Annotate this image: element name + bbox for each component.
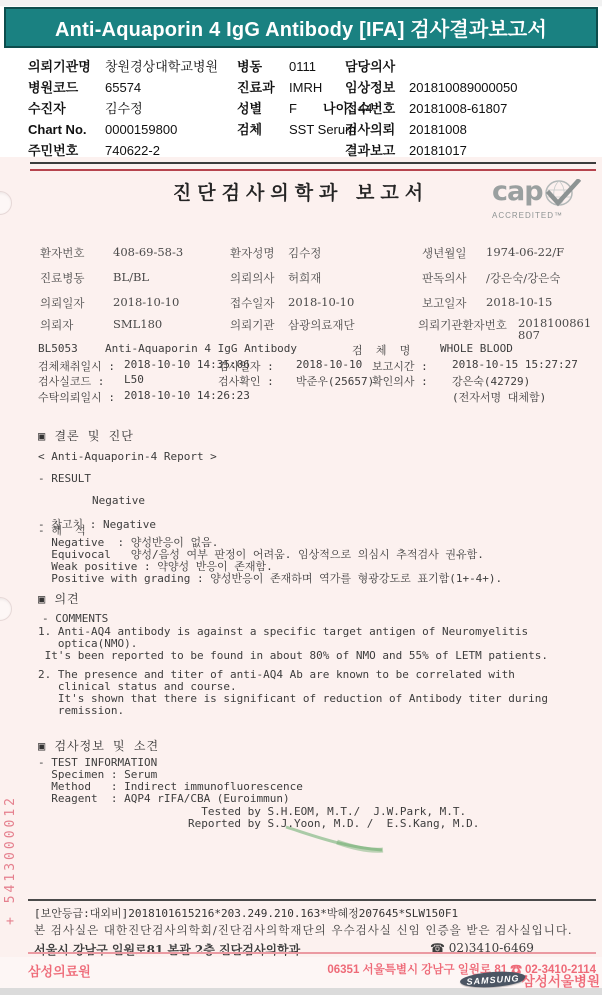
patient-value: 삼광의료재단: [288, 317, 355, 333]
comment-1-block: 1. Anti-AQ4 antibody is against a specif…: [38, 626, 548, 662]
patient-value: 2018-10-10: [288, 295, 354, 309]
department-address: 서울시 강남구 일원로81 본관 2층 진단검사의학과: [34, 941, 300, 958]
field-hospital-code: 병원코드65574: [28, 77, 218, 98]
side-accession-number: + 5413000012: [3, 795, 18, 925]
specimen-label: 검사실코드 :: [38, 373, 104, 389]
esign-note: (전자서명 대체함): [452, 389, 546, 405]
section-heading-opinion: ▣ 의견: [38, 590, 80, 607]
specimen-value: 박준우(25657): [296, 373, 374, 389]
field-label: 검사의뢰: [345, 119, 409, 140]
field-label: 진료과: [237, 77, 289, 98]
patient-value: 2018100861807: [518, 317, 598, 341]
patient-value: 2018-10-15: [486, 295, 552, 309]
field-receipt-no: 접수번호20181008-61807: [345, 98, 517, 119]
comment-line: It's been reported to be found in about …: [38, 650, 548, 662]
bottom-rule-dark: [28, 899, 596, 901]
field-requesting-org: 의뢰기관명창원경상대학교병원: [28, 56, 218, 77]
specimen-label: 보고시간 :: [372, 358, 428, 374]
lab-report-page: Anti-Aquaporin 4 IgG Antibody [IFA] 검사결과…: [0, 0, 602, 995]
specimen-value: 2018-10-10 14:26:23: [124, 389, 250, 402]
specimen-label: 검사일자 :: [218, 358, 274, 374]
field-patient-name: 수진자김수정: [28, 98, 218, 119]
field-value: 창원경상대학교병원: [105, 56, 218, 77]
report-paper: 진단검사의학과 보고서 cap ACCREDITED™ 환자번호408-69-5…: [0, 157, 602, 957]
cap-logo-text: cap: [492, 179, 543, 205]
field-attending-doctor: 담당의사: [345, 56, 517, 77]
footer-hospital-name: 삼성서울병원: [522, 970, 600, 990]
field-value: 0111: [289, 56, 316, 77]
specimen-value: 2018-10-15 15:27:27: [452, 358, 578, 371]
field-value: IMRH: [289, 77, 322, 98]
result-label: - RESULT: [38, 472, 91, 485]
specimen-row-2: 검사실코드 :L50 검사확인 :박준우(25657) 확인의사 :강은숙(42…: [0, 373, 602, 386]
test-info-block: - TEST INFORMATION Specimen : Serum Meth…: [38, 757, 303, 805]
top-rule-dark: [30, 162, 596, 164]
field-chart-no: Chart No.0000159800: [28, 119, 218, 140]
field-value: 20181008-61807: [409, 98, 507, 119]
patient-value: SML180: [113, 317, 162, 331]
report-banner: Anti-Aquaporin 4 IgG Antibody [IFA] 검사결과…: [4, 7, 598, 48]
comments-label: - COMMENTS: [42, 612, 108, 625]
patient-label: 의뢰기관: [230, 317, 274, 333]
specimen-row-1: 검체채취일시 :2018-10-10 14:35:06 검사일자 :2018-1…: [0, 358, 602, 371]
field-label: 병동: [237, 56, 289, 77]
specimen-value: 강은숙(42729): [452, 373, 530, 389]
specimen-label: 수탁의뢰일시 :: [38, 389, 115, 405]
specimen-value: L50: [124, 373, 144, 386]
bottom-strip: [0, 988, 602, 995]
patient-label: 보고일자: [422, 295, 466, 311]
field-label: 성별: [237, 98, 289, 119]
patient-value: 408-69-58-3: [113, 245, 183, 259]
hospital-footer: 삼성의료원 06351 서울특별시 강남구 일원로 81 ☎ 02-3410-2…: [0, 957, 602, 988]
specimen-name-label: 검 체 명: [352, 342, 410, 358]
specimen-row-3: 수탁의뢰일시 :2018-10-10 14:26:23 (전자서명 대체함): [0, 389, 602, 402]
field-label: 임상정보: [345, 77, 409, 98]
result-value: Negative: [92, 494, 145, 507]
field-value: 20181008: [409, 119, 467, 140]
patient-label: 의뢰자: [40, 317, 73, 333]
order-info-right-column: 담당의사 임상정보201810089000050 접수번호20181008-61…: [345, 56, 517, 161]
field-value: 김수정: [105, 98, 143, 119]
field-value: 65574: [105, 77, 141, 98]
patient-label: 환자성명: [230, 245, 274, 261]
patient-value: 1974-06-22/F: [486, 245, 564, 259]
comment-2-block: 2. The presence and titer of anti-AQ4 Ab…: [38, 669, 548, 717]
patient-row-2: 진료병동BL/BL 의뢰의사허희재 판독의사/강은숙/강은숙: [0, 270, 602, 284]
field-label: 검체: [237, 119, 289, 140]
samsung-logo-text: SAMSUNG: [466, 973, 520, 987]
patient-label: 판독의사: [422, 270, 466, 286]
cap-accredited-text: ACCREDITED™: [492, 211, 592, 220]
order-info-panel: 의뢰기관명창원경상대학교병원 병원코드65574 수진자김수정 Chart No…: [0, 48, 602, 157]
bottom-rule-pink: [28, 952, 596, 954]
accreditation-statement: 본 검사실은 대한진단검사의학회/진단검사의학재단의 우수검사실 신임 인증을 …: [34, 922, 573, 938]
patient-value: /강은숙/강은숙: [486, 270, 560, 286]
patient-label: 생년월일: [422, 245, 466, 261]
field-value: 0000159800: [105, 119, 177, 140]
patient-value: 2018-10-10: [113, 295, 179, 309]
test-info-line: Reagent : AQP4 rIFA/CBA (Euroimmun): [38, 793, 303, 805]
green-signature-mark: [282, 823, 392, 859]
field-label: 담당의사: [345, 56, 409, 77]
interpretation-line: Positive with grading : 양성반응이 존재하며 역가를 형…: [38, 573, 502, 585]
patient-value: 김수정: [288, 245, 321, 261]
security-line: [보안등급:대외비]2018101615216*203.249.210.163*…: [34, 905, 458, 921]
patient-label: 의뢰일자: [40, 295, 84, 311]
patient-label: 환자번호: [40, 245, 84, 261]
field-label: 접수번호: [345, 98, 409, 119]
patient-label: 진료병동: [40, 270, 84, 286]
field-label: 의뢰기관명: [28, 56, 105, 77]
patient-row-4: 의뢰자SML180 의뢰기관삼광의료재단 의뢰기관환자번호20181008618…: [0, 317, 602, 331]
field-value: F: [289, 98, 297, 119]
specimen-header-row: BL5053 Anti-Aquaporin 4 IgG Antibody 검 체…: [0, 342, 602, 355]
field-label: 병원코드: [28, 77, 105, 98]
test-code: BL5053: [38, 342, 78, 355]
punch-hole-middle: [0, 597, 12, 621]
patient-row-1: 환자번호408-69-58-3 환자성명김수정 생년월일1974-06-22/F: [0, 245, 602, 259]
order-info-left-column: 의뢰기관명창원경상대학교병원 병원코드65574 수진자김수정 Chart No…: [28, 56, 218, 161]
interpretation-block: - 해 석 Negative : 양성반응이 없음. Equivocal 양성/…: [38, 525, 502, 585]
specimen-label: 확인의사 :: [372, 373, 428, 389]
comment-line: remission.: [38, 705, 548, 717]
specimen-value: 2018-10-10: [296, 358, 362, 371]
field-label: 수진자: [28, 98, 105, 119]
section-heading-conclusion: ▣ 결론 및 진단: [38, 427, 134, 444]
specimen-name-value: WHOLE BLOOD: [440, 342, 513, 355]
field-label: Chart No.: [28, 119, 105, 140]
specimen-label: 검체채취일시 :: [38, 358, 115, 374]
field-clinical-info: 임상정보201810089000050: [345, 77, 517, 98]
patient-label: 접수일자: [230, 295, 274, 311]
patient-value: 허희재: [288, 270, 321, 286]
cap-accredited-logo: cap ACCREDITED™: [492, 179, 592, 220]
patient-label: 의뢰기관환자번호: [418, 317, 507, 333]
test-name: Anti-Aquaporin 4 IgG Antibody: [105, 342, 297, 355]
field-order-date: 검사의뢰20181008: [345, 119, 517, 140]
patient-label: 의뢰의사: [230, 270, 274, 286]
field-value: 201810089000050: [409, 77, 517, 98]
section-heading-test-info: ▣ 검사정보 및 소견: [38, 737, 159, 754]
specimen-label: 검사확인 :: [218, 373, 274, 389]
cap-globe-check-icon: [541, 179, 581, 211]
report-name-line: < Anti-Aquaporin-4 Report >: [38, 450, 217, 463]
patient-row-3: 의뢰일자2018-10-10 접수일자2018-10-10 보고일자2018-1…: [0, 295, 602, 309]
patient-value: BL/BL: [113, 270, 149, 284]
footer-org-name: 삼성의료원: [28, 961, 91, 980]
top-strip: [0, 0, 602, 7]
top-rule-red: [30, 169, 596, 171]
banner-title: Anti-Aquaporin 4 IgG Antibody [IFA] 검사결과…: [55, 13, 547, 42]
